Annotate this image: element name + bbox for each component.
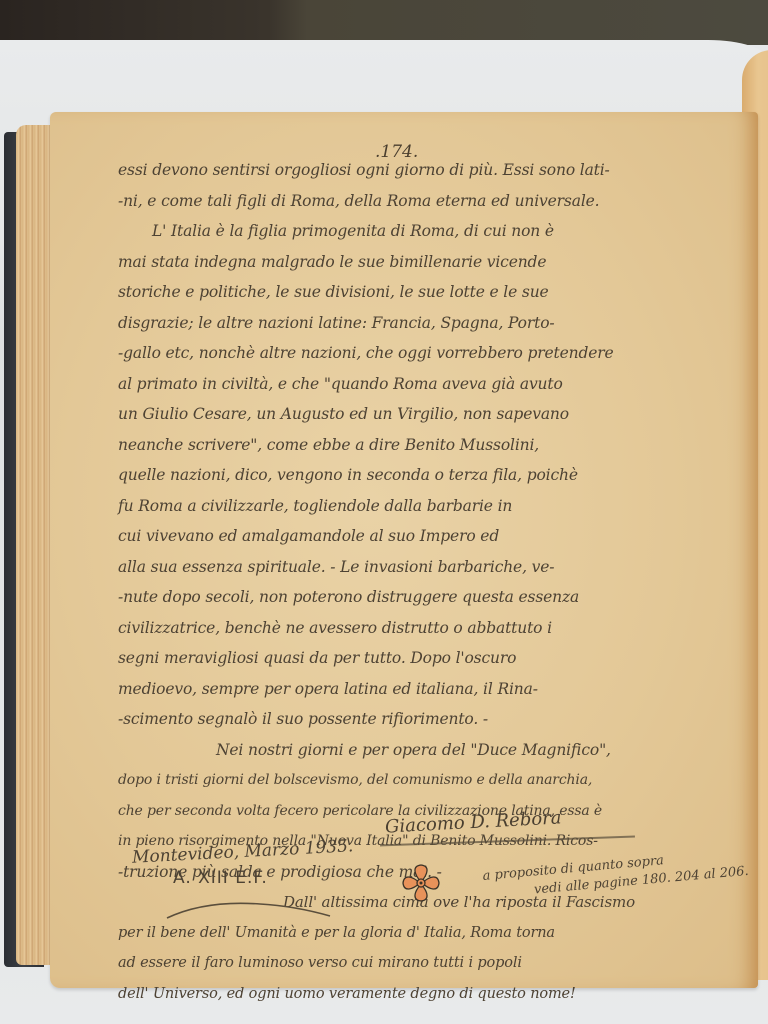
text-line: medioevo, sempre per opera latina ed ita… <box>118 674 730 705</box>
text-line: -nute dopo secoli, non poterono distrugg… <box>118 582 730 613</box>
fascist-era-date: A. XIII E.F. <box>173 868 268 888</box>
background-fabric <box>0 0 768 45</box>
text-line: dell' Universo, ed ogni uomo veramente d… <box>118 979 730 1010</box>
text-line: -gallo etc, nonchè altre nazioni, che og… <box>118 338 730 369</box>
flourish-underline-icon <box>165 898 335 922</box>
text-line: storiche e politiche, le sue divisioni, … <box>118 277 730 308</box>
text-line: segni meravigliosi quasi da per tutto. D… <box>118 643 730 674</box>
text-line: cui vivevano ed amalgamandole al suo Imp… <box>118 521 730 552</box>
text-line: dopo i tristi giorni del bolscevismo, de… <box>118 765 730 796</box>
text-line: -scimento segnalò il suo possente rifior… <box>118 704 730 735</box>
text-line: ad essere il faro luminoso verso cui mir… <box>118 948 730 979</box>
text-line: mai stata indegna malgrado le sue bimill… <box>118 247 730 278</box>
text-line: per il bene dell' Umanità e per la glori… <box>118 918 730 949</box>
text-line: civilizzatrice, benchè ne avessero distr… <box>118 613 730 644</box>
text-line: L' Italia è la figlia primogenita di Rom… <box>118 216 730 247</box>
text-line: al primato in civiltà, e che "quando Rom… <box>118 369 730 400</box>
text-line: Nei nostri giorni e per opera del "Duce … <box>118 735 730 766</box>
text-line: fu Roma a civilizzarle, togliendole dall… <box>118 491 730 522</box>
text-line: -ni, e come tali figli di Roma, della Ro… <box>118 186 730 217</box>
text-line: un Giulio Cesare, un Augusto ed un Virgi… <box>118 399 730 430</box>
text-line: quelle nazioni, dico, vengono in seconda… <box>118 460 730 491</box>
text-line: disgrazie; le altre nazioni latine: Fran… <box>118 308 730 339</box>
text-line: alla sua essenza spirituale. - Le invasi… <box>118 552 730 583</box>
text-line: neanche scrivere", come ebbe a dire Beni… <box>118 430 730 461</box>
text-line: essi devono sentirsi orgogliosi ogni gio… <box>118 155 730 186</box>
rosette-icon <box>398 860 444 906</box>
